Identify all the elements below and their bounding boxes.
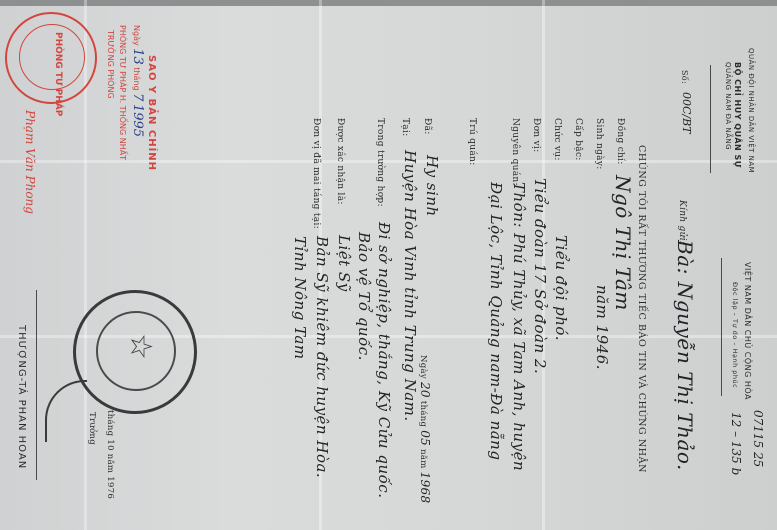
red-round-stamp: PHÒNG TƯ PHÁP (5, 12, 97, 104)
field-value-dong-chi: Ngô Thị Tâm (611, 175, 635, 311)
field-label-don-vi: Đơn vị: (531, 118, 541, 152)
field-label-tai: Tại: (400, 118, 410, 136)
field-value-tai: Huyện Hòa Vinh tỉnh Trung Nam. (401, 150, 419, 422)
handwritten-code-1: 07115 25 (751, 410, 765, 467)
copy-stamp-title: SAO Y BẢN CHÍNH (146, 55, 157, 171)
field-value-nguyen-quan-2: Đại Lộc, Tỉnh Quảng nam-Đà nẵng (487, 182, 505, 460)
field-label-chuc-vu: Chức vụ: (552, 118, 562, 161)
signature-date: tháng 10 năm 1976 (105, 410, 115, 499)
handwritten-code-2: 12 – 135 b (729, 412, 743, 475)
field-value-chuc-vu: Tiểu đội phó. (552, 235, 570, 341)
field-value-truong-hop-2: Bảo vệ Tổ quốc. (355, 232, 373, 361)
fold-line (0, 160, 777, 163)
signature-scribble (45, 380, 87, 442)
divider (36, 290, 37, 480)
field-label-tru-quan: Trú quán: (467, 118, 477, 165)
copy-stamp-role: TRƯỞNG PHÒNG (106, 30, 115, 99)
red-stamp-text: PHÒNG TƯ PHÁP (53, 32, 63, 116)
field-value-mai-tang: Bản Sỹ khiêm đức huyện Hòa. (313, 236, 331, 478)
field-value-truong-hop: Đi sở nghiệp, thắng, Kỹ Cửu quốc. (375, 222, 393, 498)
official-round-stamp: ☆ (73, 290, 197, 414)
field-value-sinh-ngay: năm 1946. (593, 285, 611, 370)
field-label-xac-nhan: Được xác nhận là: (335, 118, 345, 205)
star-icon: ☆ (123, 333, 158, 360)
field-value-nguyen-quan: Thôn: Phú Thủy, xã Tam Anh, huyện (510, 182, 528, 471)
field-label-cap-bac: Cấp bậc: (573, 118, 583, 161)
field-label-da: Đã: (422, 118, 432, 135)
field-label-truong-hop: Trong trường hợp: (375, 118, 385, 207)
field-value-mai-tang-2: Tỉnh Nông Tam (291, 236, 309, 360)
signer-name: THƯỢNG-TÁ PHAN HOAN (16, 325, 27, 469)
signature-role: Trưởng (87, 412, 97, 445)
country-name: VIỆT NAM DÂN CHỦ CỘNG HÒA (743, 262, 752, 400)
document-title: CHÚNG TÔI RẤT THƯƠNG TIẾC BÁO TIN VÀ CHỨ… (636, 145, 647, 473)
scanned-document: QUÂN ĐỘI NHÂN DÂN VIỆT NAM BỘ CHỈ HUY QU… (0, 0, 777, 530)
divider (710, 65, 711, 173)
copy-stamp-signature: Phạm Văn Phong (23, 110, 37, 214)
addressee-label: Kính gửi: (677, 200, 687, 244)
unit-line1: QUÂN ĐỘI NHÂN DÂN VIỆT NAM (747, 48, 755, 173)
field-label-mai-tang: Đơn vị đã mai táng tại: (311, 118, 321, 229)
field-value-don-vi: Tiểu đoàn 17 Sở đoàn 2. (531, 178, 549, 374)
rotated-page: QUÂN ĐỘI NHÂN DÂN VIỆT NAM BỘ CHỈ HUY QU… (0, 0, 777, 530)
addressee-value: Bà: Nguyễn Thị Thảo. (673, 240, 697, 471)
field-label-nguyen-quan: Nguyên quán: (510, 118, 520, 186)
country-motto: Độc lập – Tự do – Hạnh phúc (731, 282, 739, 388)
field-label-dong-chi: Đồng chí: (615, 118, 625, 165)
copy-stamp-office: PHÒNG TƯ PHÁP H. THỐNG NHẤT (118, 25, 127, 160)
date-line: Ngày 20 tháng 05 năm 1968 (418, 355, 432, 503)
unit-line2: BỘ CHỈ HUY QUÂN SỰ (733, 62, 742, 168)
field-value-da: Hy sinh (423, 155, 441, 217)
divider (721, 258, 722, 396)
copy-stamp-date: Ngày 13 tháng 7 1995 (130, 25, 145, 137)
field-label-sinh-ngay: Sinh ngày: (594, 118, 604, 170)
ref-number: 00C/BT (680, 92, 693, 134)
ref-prefix: Số: (680, 70, 689, 84)
unit-line3: QUẢNG NAM ĐÀ NẴNG (724, 62, 732, 150)
field-value-xac-nhan: Liệt Sỹ (335, 235, 353, 292)
